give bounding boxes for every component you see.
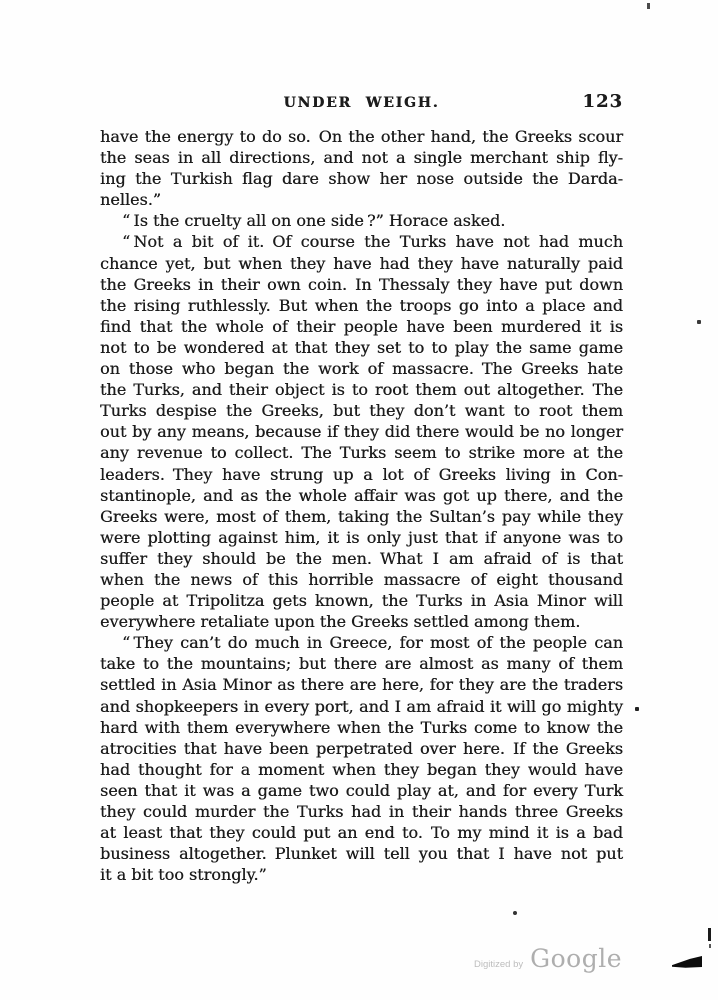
text-line: have the energy to do so. On the other h… bbox=[100, 126, 623, 147]
text-line: stantinople, and as the whole affair was… bbox=[100, 485, 623, 506]
text-line: hard with them everywhere when the Turks… bbox=[100, 717, 623, 738]
page-number: 123 bbox=[582, 91, 623, 112]
text-line: atrocities that have been perpetrated ov… bbox=[100, 738, 623, 759]
digitized-by-label: Digitized by bbox=[474, 959, 523, 970]
text-line: it a bit too strongly.” bbox=[100, 864, 623, 885]
body-text: have the energy to do so. On the other h… bbox=[100, 126, 623, 885]
text-line: on those who began the work of massacre.… bbox=[100, 358, 623, 379]
text-line: were plotting against him, it is only ju… bbox=[100, 527, 623, 548]
text-line: “ Is the cruelty all on one side ?” Hora… bbox=[100, 210, 623, 231]
scan-dot-right-margin bbox=[697, 320, 701, 324]
text-line: leaders. They have strung up a lot of Gr… bbox=[100, 464, 623, 485]
text-line: the seas in all directions, and not a si… bbox=[100, 147, 623, 168]
scan-wedge-artifact bbox=[672, 955, 702, 968]
text-line: find that the whole of their people have… bbox=[100, 316, 623, 337]
text-line: any revenue to collect. The Turks seem t… bbox=[100, 442, 623, 463]
running-title: UNDER WEIGH. bbox=[100, 95, 623, 111]
text-line: Turks despise the Greeks, but they don’t… bbox=[100, 400, 623, 421]
text-line: ing the Turkish flag dare show her nose … bbox=[100, 168, 623, 189]
text-line: chance yet, but when they have had they … bbox=[100, 253, 623, 274]
text-line: settled in Asia Minor as there are here,… bbox=[100, 674, 623, 695]
text-line: suffer they should be the men. What I am… bbox=[100, 548, 623, 569]
scan-dot-mid-right bbox=[635, 707, 639, 711]
text-line: people at Tripolitza gets known, the Tur… bbox=[100, 590, 623, 611]
text-line: “ Not a bit of it. Of course the Turks h… bbox=[100, 231, 623, 252]
text-line: seen that it was a game two could play a… bbox=[100, 780, 623, 801]
text-line: not to be wondered at that they set to t… bbox=[100, 337, 623, 358]
scan-dot-bottom-center bbox=[513, 911, 517, 915]
text-line: they could murder the Turks had in their… bbox=[100, 801, 623, 822]
text-line: take to the mountains; but there are alm… bbox=[100, 653, 623, 674]
scanned-book-page: UNDER WEIGH. 123 have the energy to do s… bbox=[0, 0, 718, 1000]
text-line: nelles.” bbox=[100, 189, 623, 210]
text-line: when the news of this horrible massacre … bbox=[100, 569, 623, 590]
text-line: at least that they could put an end to. … bbox=[100, 822, 623, 843]
text-line: the Turks, and their object is to root t… bbox=[100, 379, 623, 400]
google-logo: Google bbox=[530, 944, 622, 973]
text-line: everywhere retaliate upon the Greeks set… bbox=[100, 611, 623, 632]
scan-speck-top-right bbox=[647, 3, 650, 9]
text-line: and shopkeepers in every port, and I am … bbox=[100, 696, 623, 717]
page-header: UNDER WEIGH. 123 bbox=[100, 95, 623, 117]
text-line: the rising ruthlessly. But when the troo… bbox=[100, 295, 623, 316]
text-line: “ They can’t do much in Greece, for most… bbox=[100, 632, 623, 653]
scan-mark-right-edge bbox=[708, 928, 711, 941]
text-line: out by any means, because if they did th… bbox=[100, 421, 623, 442]
text-line: Greeks were, most of them, taking the Su… bbox=[100, 506, 623, 527]
text-line: the Greeks in their own coin. In Thessal… bbox=[100, 274, 623, 295]
scan-speck-right-edge bbox=[709, 944, 711, 948]
watermark: Digitized by Google bbox=[0, 944, 622, 973]
text-line: had thought for a moment when they began… bbox=[100, 759, 623, 780]
text-line: business altogether. Plunket will tell y… bbox=[100, 843, 623, 864]
